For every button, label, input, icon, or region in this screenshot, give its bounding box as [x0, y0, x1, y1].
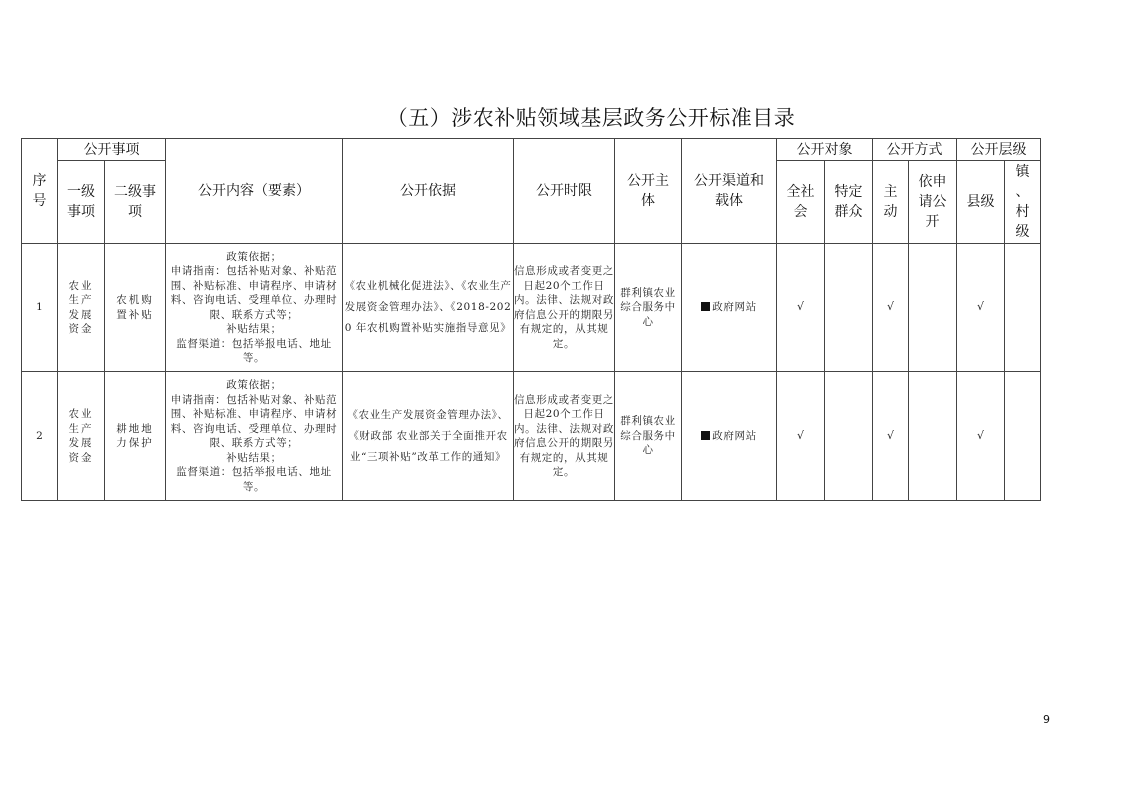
cell-subject: 群利镇农业综合服务中心	[615, 244, 682, 372]
cell-level-county: √	[957, 372, 1005, 501]
header-method-request: 依申 请公 开	[909, 161, 957, 244]
square-bullet-icon	[701, 302, 710, 311]
cell-basis: 《农业生产发展资金管理办法》、《财政部 农业部关于全面推开农业“三项补贴”改革工…	[343, 372, 514, 501]
header-channel: 公开渠道和 载体	[682, 139, 777, 244]
cell-channel: 政府网站	[682, 244, 777, 372]
header-seq: 序 号	[22, 139, 58, 244]
cell-method-active: √	[873, 372, 909, 501]
header-matters-group: 公开事项	[58, 139, 166, 161]
cell-method-active: √	[873, 244, 909, 372]
header-deadline: 公开时限	[514, 139, 615, 244]
header-row-1: 序 号 公开事项 公开内容（要素） 公开依据 公开时限 公开主 体 公开渠道和 …	[22, 139, 1041, 161]
cell-deadline: 信息形成或者变更之日起20个工作日内。法律、法规对政府信息公开的期限另有规定的，…	[514, 372, 615, 501]
header-basis: 公开依据	[343, 139, 514, 244]
header-level-town: 镇 、 村 级	[1005, 161, 1041, 244]
header-level-county: 县级	[957, 161, 1005, 244]
cell-deadline: 信息形成或者变更之日起20个工作日内。法律、法规对政府信息公开的期限另有规定的，…	[514, 244, 615, 372]
cell-target-specific	[825, 244, 873, 372]
header-subject: 公开主 体	[615, 139, 682, 244]
cell-content: 政策依据； 申请指南：包括补贴对象、补贴范围、补贴标准、申请程序、申请材料、咨询…	[166, 244, 343, 372]
cell-method-request	[909, 372, 957, 501]
table-row: 1 农业 生产 发展 资金 农机购 置补贴 政策依据； 申请指南：包括补贴对象、…	[22, 244, 1041, 372]
cell-method-request	[909, 244, 957, 372]
cell-seq: 2	[22, 372, 58, 501]
cell-level2: 农机购 置补贴	[105, 244, 166, 372]
cell-level1: 农业 生产 发展 资金	[58, 372, 105, 501]
cell-subject: 群利镇农业综合服务中心	[615, 372, 682, 501]
cell-target-all: √	[777, 372, 825, 501]
header-level2: 二级事 项	[105, 161, 166, 244]
cell-level2: 耕地地 力保护	[105, 372, 166, 501]
header-method-active: 主 动	[873, 161, 909, 244]
header-target-specific: 特定 群众	[825, 161, 873, 244]
document-title: （五）涉农补贴领域基层政务公开标准目录	[0, 102, 1122, 132]
table-row: 2 农业 生产 发展 资金 耕地地 力保护 政策依据； 申请指南：包括补贴对象、…	[22, 372, 1041, 501]
page-number: 9	[1043, 713, 1050, 726]
cell-basis: 《农业机械化促进法》、《农业生产发展资金管理办法》、《2018-2020 年农机…	[343, 244, 514, 372]
cell-level-county: √	[957, 244, 1005, 372]
square-bullet-icon	[701, 431, 710, 440]
cell-level1: 农业 生产 发展 资金	[58, 244, 105, 372]
cell-content: 政策依据； 申请指南：包括补贴对象、补贴范围、补贴标准、申请程序、申请材料、咨询…	[166, 372, 343, 501]
header-content: 公开内容（要素）	[166, 139, 343, 244]
cell-channel: 政府网站	[682, 372, 777, 501]
header-level-group: 公开层级	[957, 139, 1041, 161]
cell-target-all: √	[777, 244, 825, 372]
header-target-group: 公开对象	[777, 139, 873, 161]
cell-level-town	[1005, 372, 1041, 501]
header-level1: 一级 事项	[58, 161, 105, 244]
header-target-all: 全社 会	[777, 161, 825, 244]
cell-level-town	[1005, 244, 1041, 372]
disclosure-catalog-table: 序 号 公开事项 公开内容（要素） 公开依据 公开时限 公开主 体 公开渠道和 …	[21, 138, 1041, 501]
cell-target-specific	[825, 372, 873, 501]
cell-seq: 1	[22, 244, 58, 372]
header-method-group: 公开方式	[873, 139, 957, 161]
